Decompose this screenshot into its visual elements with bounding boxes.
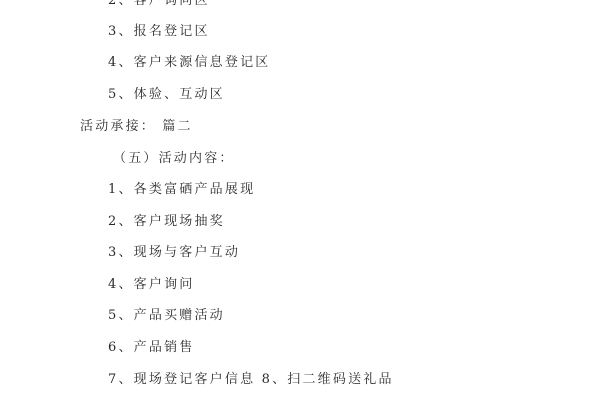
list-item: 2、客户现场抽奖 xyxy=(108,214,225,230)
section-heading: 活动承接： 篇二 xyxy=(80,119,193,135)
list-item: 5、产品买赠活动 xyxy=(108,308,225,324)
list-item: 6、产品销售 xyxy=(108,340,194,356)
list-item: 1、各类富硒产品展现 xyxy=(108,182,255,198)
list-item: 3、报名登记区 xyxy=(108,24,210,40)
list-item: 5、体验、互动区 xyxy=(108,87,225,103)
list-item: 3、现场与客户互动 xyxy=(108,245,240,261)
list-item: 2、客户询问区 xyxy=(108,0,210,9)
list-item: 7、现场登记客户信息 8、扫二维码送礼品 xyxy=(108,372,394,388)
subsection-heading: （五）活动内容： xyxy=(113,151,235,167)
list-item: 4、客户询问 xyxy=(108,277,194,293)
list-item: 4、客户来源信息登记区 xyxy=(108,55,270,71)
